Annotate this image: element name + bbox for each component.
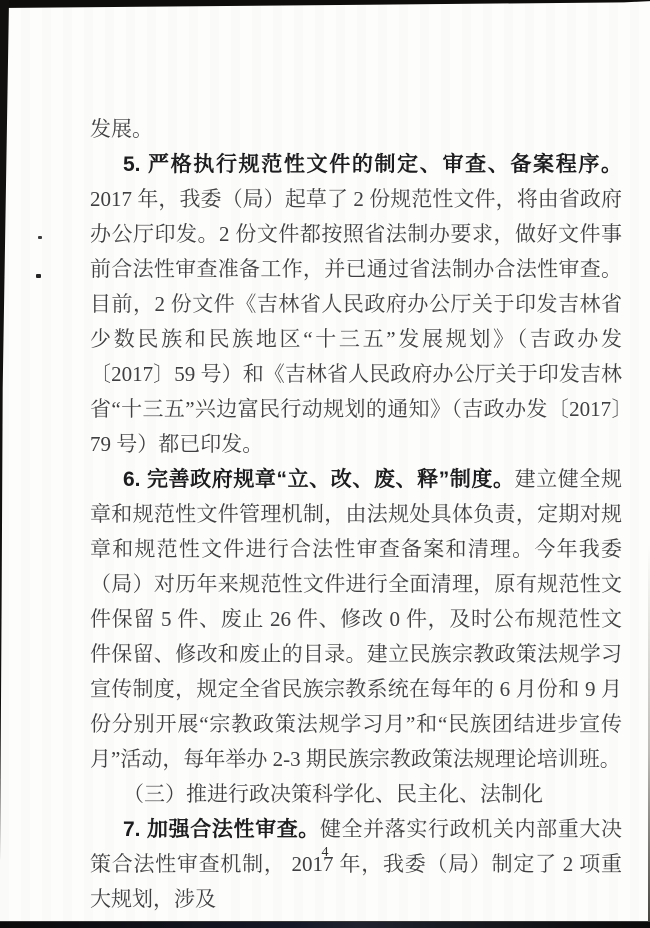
paragraph: 发展。 — [90, 112, 622, 147]
paragraph-heading-text: 7. 加强合法性审查。 — [123, 818, 320, 841]
scan-speck-artifact — [38, 236, 42, 239]
page-number: 4 — [0, 845, 650, 861]
paragraph: 5. 严格执行规范性文件的制定、审查、备案程序。2017 年，我委（局）起草了 … — [90, 147, 622, 462]
paragraph: 6. 完善政府规章“立、改、废、释”制度。建立健全规章和规范性文件管理机制，由法… — [90, 462, 622, 777]
scan-edge-bottom-artifact — [0, 921, 650, 928]
scan-edge-left-artifact — [0, 0, 9, 862]
paragraph-text: 建立健全规章和规范性文件管理机制，由法规处具体负责，定期对规章和规范性文件进行合… — [90, 467, 622, 771]
paragraph: 7. 加强合法性审查。健全并落实行政机关内部重大决策合法性审查机制， 2017 … — [90, 812, 622, 917]
document-body: 发展。5. 严格执行规范性文件的制定、审查、备案程序。2017 年，我委（局）起… — [90, 112, 622, 917]
paragraph: （三）推进行政决策科学化、民主化、法制化 — [90, 777, 622, 812]
scan-edge-top-artifact — [0, 0, 650, 8]
paragraph-text: 2017 年，我委（局）起草了 2 份规范性文件，将由省政府办公厅印发。2 份文… — [90, 187, 622, 456]
scanned-document-page: 发展。5. 严格执行规范性文件的制定、审查、备案程序。2017 年，我委（局）起… — [0, 0, 650, 928]
paragraph-heading-text: 5. 严格执行规范性文件的制定、审查、备案程序。 — [123, 153, 622, 176]
scan-speck-artifact — [36, 274, 41, 278]
paragraph-text: 发展。 — [90, 117, 153, 141]
paragraph-text: （三）推进行政决策科学化、民主化、法制化 — [123, 782, 543, 806]
paragraph-heading-text: 6. 完善政府规章“立、改、废、释”制度。 — [123, 468, 515, 491]
